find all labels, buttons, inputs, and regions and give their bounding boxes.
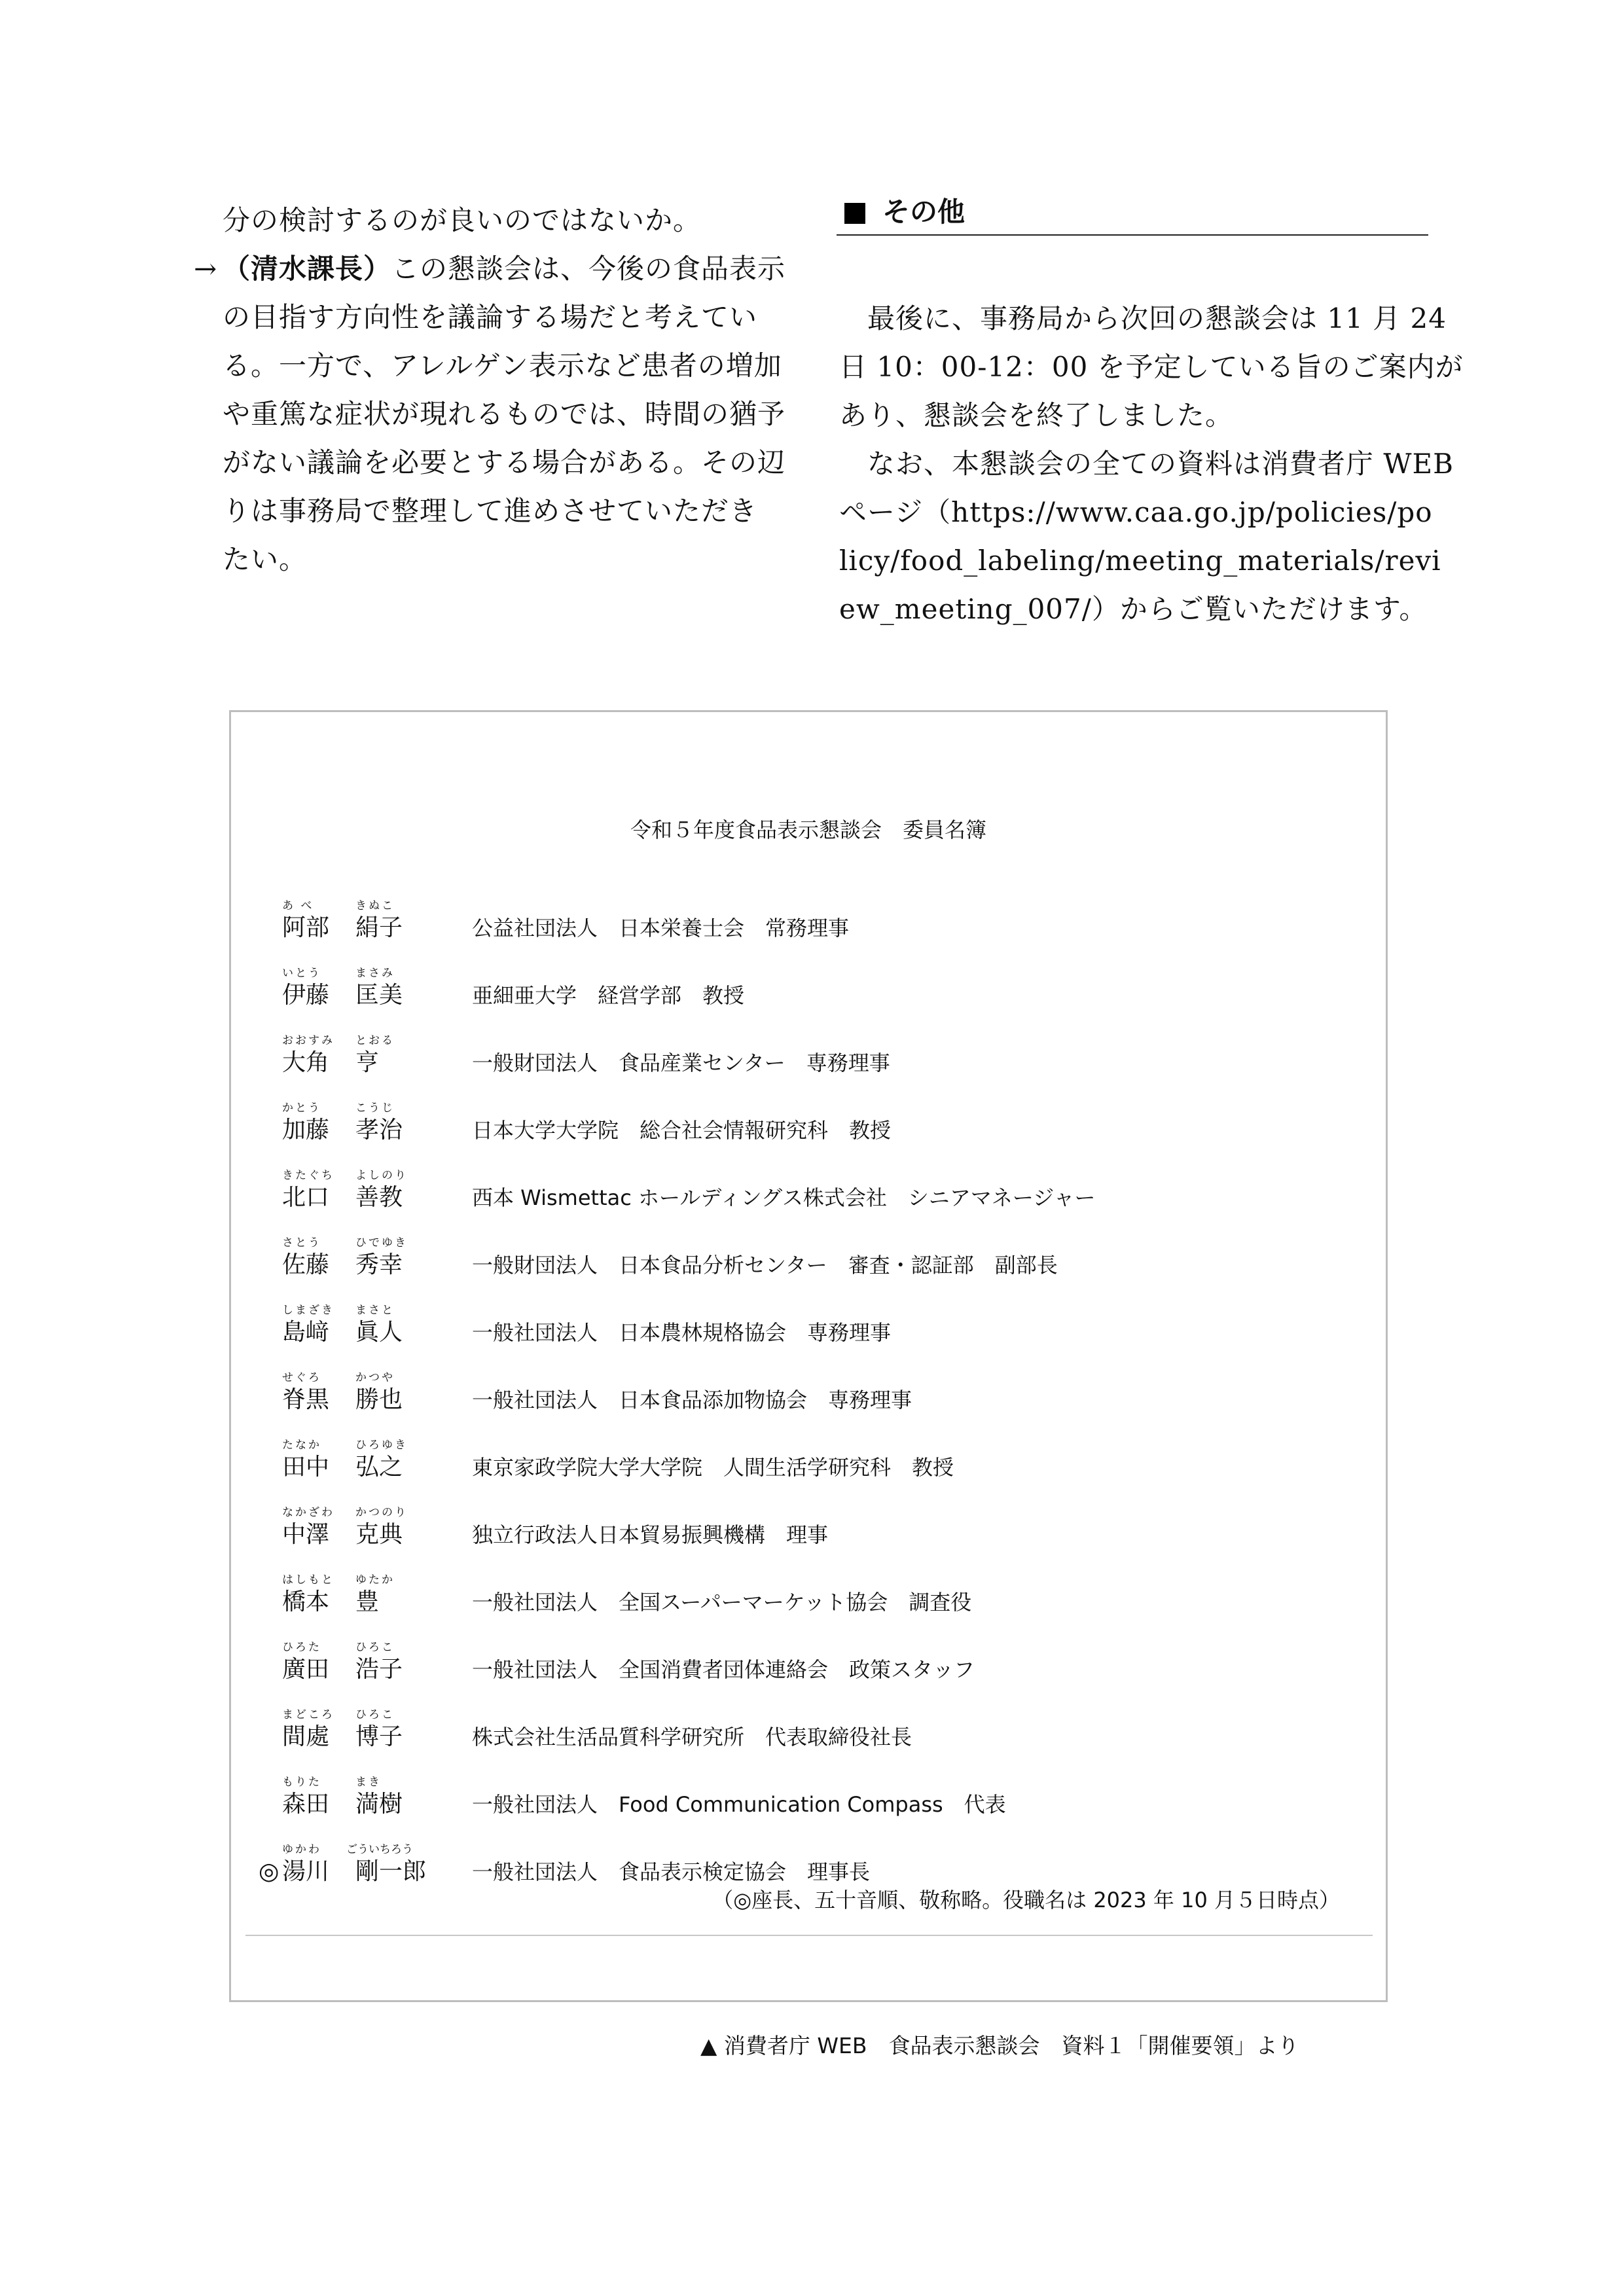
given-name: 匡美 — [355, 981, 403, 1010]
paragraph-line: りは事務局で整理して進めさせていただき — [223, 487, 792, 535]
member-affiliation: 一般社団法人 日本食品添加物協会 専務理事 — [472, 1386, 912, 1414]
member-name: さとう ひでゆき 佐藤 秀幸 — [256, 1236, 446, 1302]
paragraph-line: がない議論を必要とする場合がある。その辺 — [223, 439, 792, 487]
paragraph-line: 日 10：00-12：00 を予定している旨のご案内が — [839, 343, 1428, 391]
member-affiliation: 西本 Wismettac ホールディングス株式会社 シニアマネージャー — [472, 1183, 1096, 1212]
member-row: せぐろ かつや 脊黒 勝也 一般社団法人 日本食品添加物協会 専務理事 — [231, 1371, 1386, 1437]
member-row: あ べ きぬこ 阿部 絹子 公益社団法人 日本栄養士会 常務理事 — [231, 899, 1386, 965]
member-name: おおすみ とおる 大角 亨 — [256, 1034, 446, 1100]
paragraph-line: 最後に、事務局から次回の懇談会は 11 月 24 — [839, 295, 1428, 343]
paragraph-line: る。一方で、アレルゲン表示など患者の増加 — [223, 342, 792, 390]
caption-text: 消費者庁 WEB 食品表示懇談会 資料１「開催要領」より — [724, 2033, 1299, 2058]
member-affiliation: 一般社団法人 日本農林規格協会 専務理事 — [472, 1318, 891, 1347]
paragraph-line: の目指す方向性を議論する場だと考えてい — [223, 293, 792, 342]
given-name-ruby: ひろこ — [355, 1641, 395, 1654]
family-name: 湯川 — [282, 1857, 329, 1886]
member-row: まどころ ひろこ 間處 博子 株式会社生活品質科学研究所 代表取締役社長 — [231, 1708, 1386, 1774]
given-name: 満樹 — [355, 1790, 403, 1819]
square-bullet-icon — [844, 203, 865, 224]
divider — [245, 1935, 1373, 1936]
family-name: 田中 — [282, 1453, 329, 1482]
url-line[interactable]: ページ（https://www.caa.go.jp/policies/po — [839, 488, 1428, 537]
family-name-ruby: ひろた — [282, 1641, 321, 1654]
given-name-ruby: まき — [355, 1776, 382, 1789]
family-name-ruby: しまざき — [282, 1304, 334, 1317]
member-name: ひろた ひろこ 廣田 浩子 — [256, 1641, 446, 1706]
family-name: 間處 — [282, 1723, 329, 1751]
family-name-ruby: たなか — [282, 1439, 321, 1452]
given-name: 眞人 — [355, 1318, 403, 1347]
given-name-ruby: ひでゆき — [355, 1236, 408, 1249]
section-heading: その他 — [837, 194, 1428, 236]
triangle-up-icon: ▲ — [700, 2033, 717, 2058]
section-title: その他 — [882, 194, 965, 230]
member-affiliation: 東京家政学院大学大学院 人間生活学研究科 教授 — [472, 1453, 954, 1482]
family-name-ruby: さとう — [282, 1236, 321, 1249]
figure-caption: ▲ 消費者庁 WEB 食品表示懇談会 資料１「開催要領」より — [700, 2032, 1299, 2060]
member-row: しまざき まさと 島﨑 眞人 一般社団法人 日本農林規格協会 専務理事 — [231, 1304, 1386, 1369]
given-name-ruby: ひろゆき — [355, 1439, 408, 1452]
given-name: 克典 — [355, 1520, 403, 1549]
member-name: ◎ ゆかわ ごういちろう 湯川 剛一郎 — [256, 1843, 446, 1909]
given-name-ruby: かつや — [355, 1371, 395, 1384]
member-name: まどころ ひろこ 間處 博子 — [256, 1708, 446, 1774]
family-name: 加藤 — [282, 1116, 329, 1145]
member-affiliation: 一般社団法人 食品表示検定協会 理事長 — [472, 1857, 870, 1886]
chair-mark-icon: ◎ — [259, 1857, 279, 1886]
given-name-ruby: まさみ — [355, 967, 395, 980]
committee-roster-figure: 令和５年度食品表示懇談会 委員名簿 あ べ きぬこ 阿部 絹子 公益社団法人 日… — [229, 710, 1388, 2002]
given-name: 博子 — [355, 1723, 403, 1751]
given-name-ruby: きぬこ — [355, 899, 395, 912]
member-name: かとう こうじ 加藤 孝治 — [256, 1102, 446, 1167]
left-column-text: 分の検討するのが良いのではないか。 →（清水課長）この懇談会は、今後の食品表示 … — [223, 196, 792, 584]
member-name: なかざわ かつのり 中澤 克典 — [256, 1506, 446, 1571]
family-name: 佐藤 — [282, 1251, 329, 1280]
paragraph-line: たい。 — [223, 535, 792, 584]
member-row: かとう こうじ 加藤 孝治 日本大学大学院 総合社会情報研究科 教授 — [231, 1102, 1386, 1167]
right-column-text: 最後に、事務局から次回の懇談会は 11 月 24 日 10：00-12：00 を… — [839, 295, 1428, 634]
member-affiliation: 一般社団法人 Food Communication Compass 代表 — [472, 1790, 1006, 1819]
given-name-ruby: とおる — [355, 1034, 395, 1047]
member-name: きたぐち よしのり 北口 善教 — [256, 1169, 446, 1234]
paragraph-line: あり、懇談会を終了しました。 — [839, 391, 1428, 440]
given-name: 豊 — [355, 1588, 379, 1617]
family-name-ruby: きたぐち — [282, 1169, 334, 1182]
given-name-ruby: ひろこ — [355, 1708, 395, 1721]
member-affiliation: 株式会社生活品質科学研究所 代表取締役社長 — [472, 1723, 912, 1751]
given-name: 亨 — [355, 1049, 379, 1077]
member-row: さとう ひでゆき 佐藤 秀幸 一般財団法人 日本食品分析センター 審査・認証部 … — [231, 1236, 1386, 1302]
member-name: せぐろ かつや 脊黒 勝也 — [256, 1371, 446, 1437]
speaker-line: →（清水課長）この懇談会は、今後の食品表示 — [223, 245, 792, 293]
url-line[interactable]: ew_meeting_007/）からご覧いただけます。 — [839, 585, 1428, 634]
given-name: 勝也 — [355, 1386, 403, 1414]
member-row: ひろた ひろこ 廣田 浩子 一般社団法人 全国消費者団体連絡会 政策スタッフ — [231, 1641, 1386, 1706]
member-affiliation: 一般財団法人 食品産業センター 専務理事 — [472, 1049, 890, 1077]
member-row: なかざわ かつのり 中澤 克典 独立行政法人日本貿易振興機構 理事 — [231, 1506, 1386, 1571]
url-line[interactable]: licy/food_labeling/meeting_materials/rev… — [839, 537, 1428, 585]
paragraph-line: や重篤な症状が現れるものでは、時間の猶予 — [223, 390, 792, 439]
given-name-ruby: こうじ — [355, 1102, 395, 1115]
member-name: もりた まき 森田 満樹 — [256, 1776, 446, 1841]
family-name-ruby: もりた — [282, 1776, 321, 1789]
given-name: 善教 — [355, 1183, 403, 1212]
given-name: 弘之 — [355, 1453, 403, 1482]
family-name: 中澤 — [282, 1520, 329, 1549]
family-name-ruby: かとう — [282, 1102, 321, 1115]
member-row: きたぐち よしのり 北口 善教 西本 Wismettac ホールディングス株式会… — [231, 1169, 1386, 1234]
member-affiliation: 亜細亜大学 経営学部 教授 — [472, 981, 744, 1010]
family-name: 脊黒 — [282, 1386, 329, 1414]
family-name: 阿部 — [282, 914, 329, 942]
roster-title: 令和５年度食品表示懇談会 委員名簿 — [231, 817, 1386, 843]
member-affiliation: 一般社団法人 全国スーパーマーケット協会 調査役 — [472, 1588, 971, 1617]
given-name-ruby: よしのり — [355, 1169, 408, 1182]
family-name: 北口 — [282, 1183, 329, 1212]
given-name-ruby: かつのり — [355, 1506, 408, 1519]
family-name-ruby: おおすみ — [282, 1034, 334, 1047]
member-row: もりた まき 森田 満樹 一般社団法人 Food Communication C… — [231, 1776, 1386, 1841]
family-name: 廣田 — [282, 1655, 329, 1684]
member-row: はしもと ゆたか 橋本 豊 一般社団法人 全国スーパーマーケット協会 調査役 — [231, 1573, 1386, 1639]
given-name: 秀幸 — [355, 1251, 403, 1280]
family-name: 橋本 — [282, 1588, 329, 1617]
paragraph-line: なお、本懇談会の全ての資料は消費者庁 WEB — [839, 440, 1428, 488]
family-name-ruby: せぐろ — [282, 1371, 321, 1384]
family-name: 大角 — [282, 1049, 329, 1077]
roster-footnote: （◎座長、五十音順、敬称略。役職名は 2023 年 10 月５日時点） — [712, 1887, 1340, 1913]
member-name: はしもと ゆたか 橋本 豊 — [256, 1573, 446, 1639]
family-name: 伊藤 — [282, 981, 329, 1010]
given-name: 孝治 — [355, 1116, 403, 1145]
given-name: 絹子 — [355, 914, 403, 942]
member-name: あ べ きぬこ 阿部 絹子 — [256, 899, 446, 965]
member-row: おおすみ とおる 大角 亨 一般財団法人 食品産業センター 専務理事 — [231, 1034, 1386, 1100]
member-name: たなか ひろゆき 田中 弘之 — [256, 1439, 446, 1504]
given-name: 浩子 — [355, 1655, 403, 1684]
family-name-ruby: なかざわ — [282, 1506, 334, 1519]
member-row: たなか ひろゆき 田中 弘之 東京家政学院大学大学院 人間生活学研究科 教授 — [231, 1439, 1386, 1504]
given-name: 剛一郎 — [355, 1857, 426, 1886]
given-name-ruby: ごういちろう — [346, 1843, 413, 1856]
reply-arrow-icon: → — [194, 245, 217, 293]
member-affiliation: 日本大学大学院 総合社会情報研究科 教授 — [472, 1116, 891, 1145]
given-name-ruby: まさと — [355, 1304, 395, 1317]
family-name: 島﨑 — [282, 1318, 329, 1347]
member-affiliation: 一般財団法人 日本食品分析センター 審査・認証部 副部長 — [472, 1251, 1058, 1280]
family-name-ruby: はしもと — [282, 1573, 334, 1587]
member-row: いとう まさみ 伊藤 匡美 亜細亜大学 経営学部 教授 — [231, 967, 1386, 1032]
member-affiliation: 一般社団法人 全国消費者団体連絡会 政策スタッフ — [472, 1655, 975, 1684]
family-name-ruby: あ べ — [282, 899, 314, 912]
family-name-ruby: まどころ — [282, 1708, 334, 1721]
member-name: いとう まさみ 伊藤 匡美 — [256, 967, 446, 1032]
member-affiliation: 独立行政法人日本貿易振興機構 理事 — [472, 1520, 828, 1549]
given-name-ruby: ゆたか — [355, 1573, 395, 1587]
speaker-label: （清水課長） — [223, 253, 391, 285]
speaker-line-text: この懇談会は、今後の食品表示 — [391, 253, 785, 285]
family-name-ruby: ゆかわ — [282, 1843, 321, 1856]
member-name: しまざき まさと 島﨑 眞人 — [256, 1304, 446, 1369]
family-name-ruby: いとう — [282, 967, 321, 980]
family-name: 森田 — [282, 1790, 329, 1819]
paragraph-line: 分の検討するのが良いのではないか。 — [223, 196, 792, 245]
member-affiliation: 公益社団法人 日本栄養士会 常務理事 — [472, 914, 849, 942]
